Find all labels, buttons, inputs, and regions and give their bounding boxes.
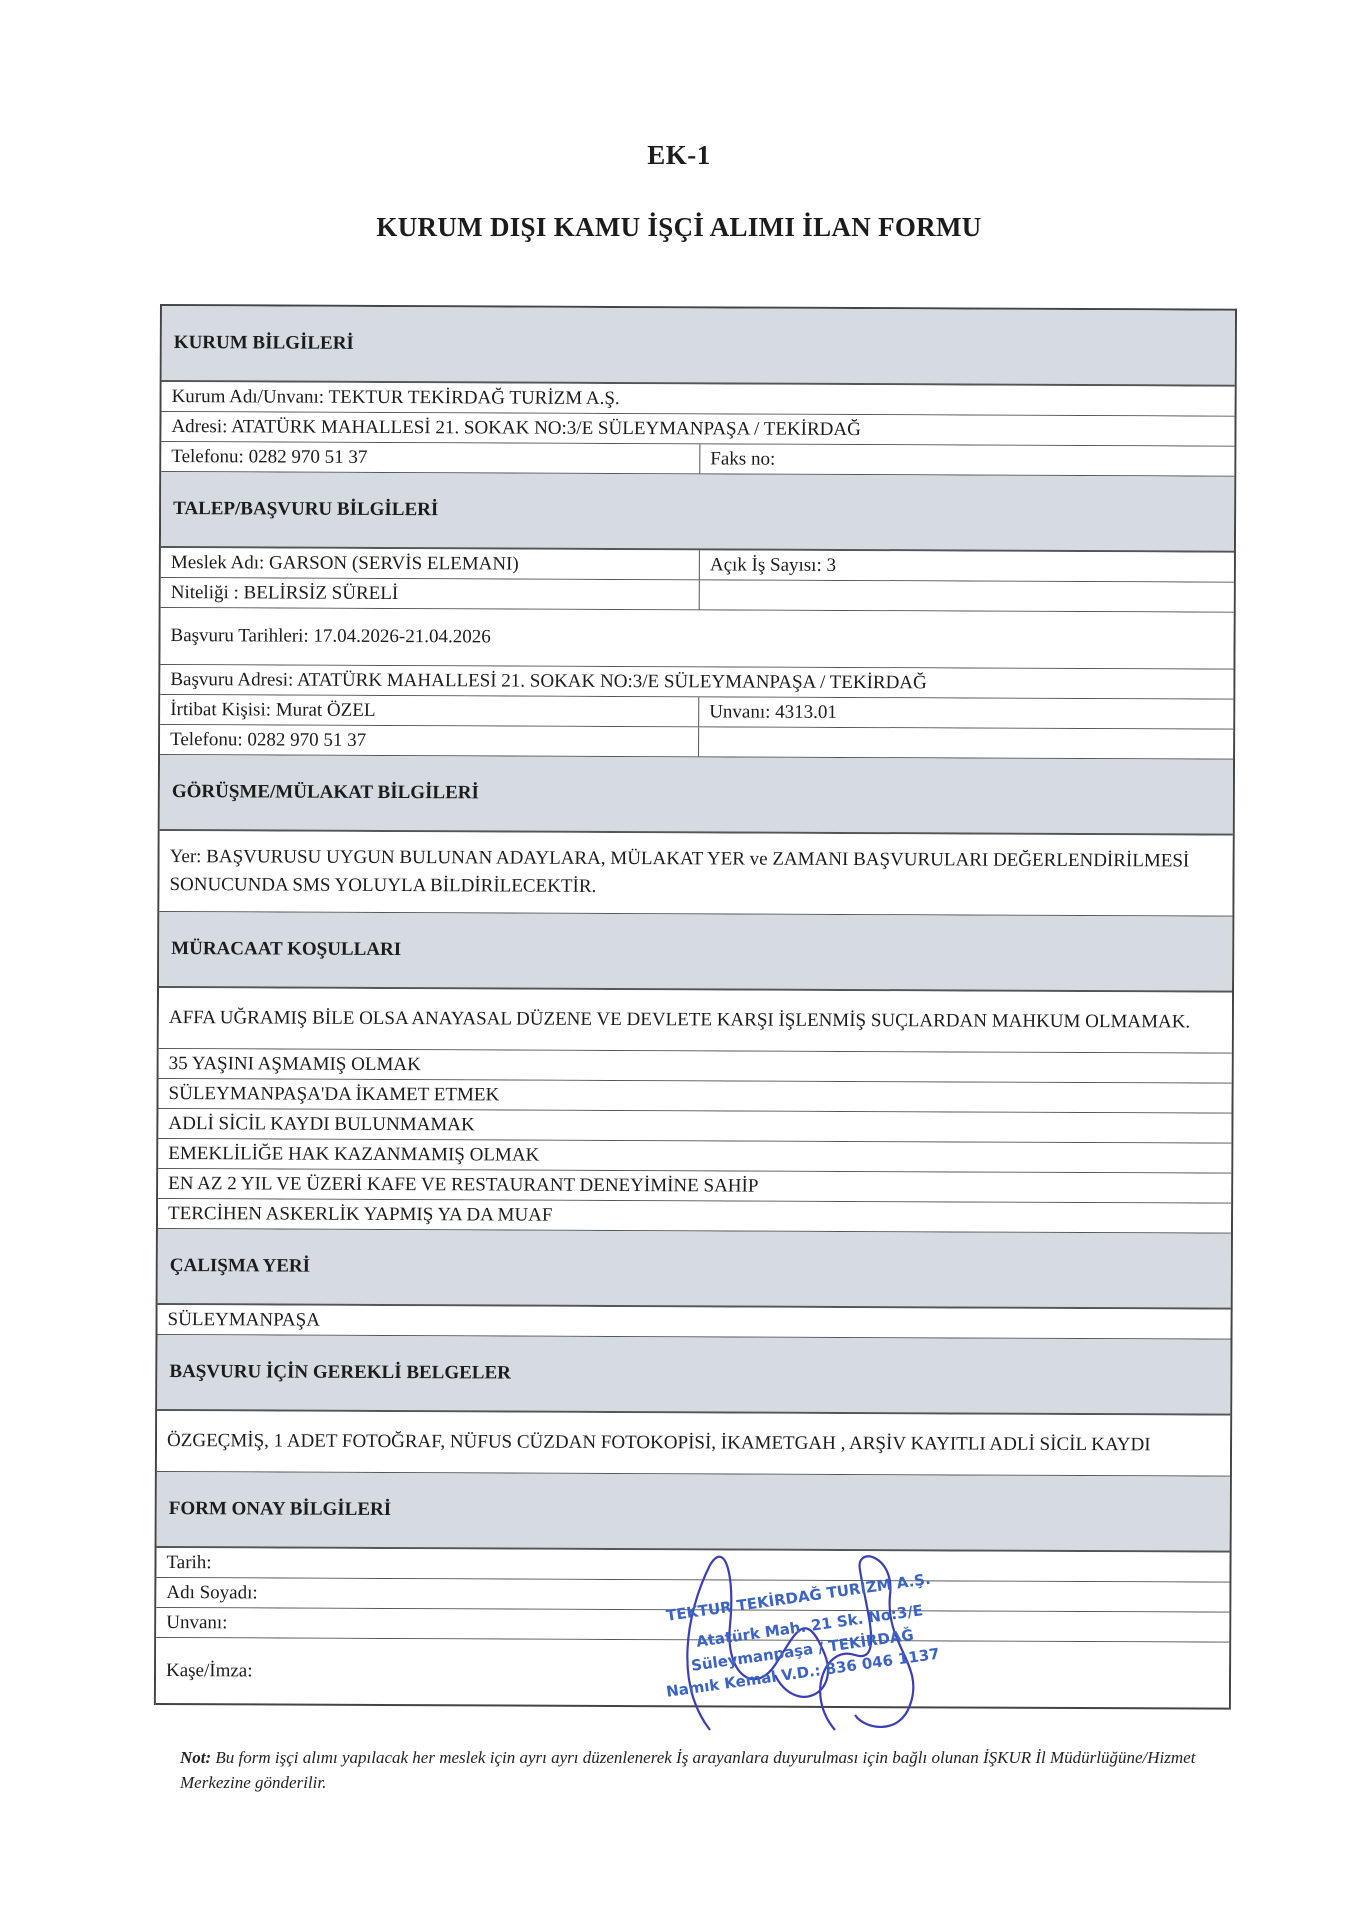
section-header-calisma: ÇALIŞMA YERİ: [158, 1229, 1231, 1310]
form-title: KURUM DIŞI KAMU İŞÇİ ALIMI İLAN FORMU: [0, 212, 1358, 243]
empty-cell: [700, 580, 1234, 611]
institution-fax: Faks no:: [700, 444, 1234, 475]
footnote: Not: Bu form işçi alımı yapılacak her me…: [180, 1745, 1240, 1795]
condition-item: TERCİHEN ASKERLİK YAPMIŞ YA DA MUAF: [158, 1199, 1231, 1233]
application-dates: Başvuru Tarihleri: 17.04.2026-21.04.2026: [160, 608, 1233, 669]
approval-seal-signature: Kaşe/İmza:: [156, 1638, 1229, 1708]
work-place: SÜLEYMANPAŞA: [158, 1305, 1231, 1339]
section-header-onay: FORM ONAY BİLGİLERİ: [157, 1472, 1230, 1553]
institution-address: Adresi: ATATÜRK MAHALLESİ 21. SOKAK NO:3…: [161, 412, 1234, 446]
condition-item: ADLİ SİCİL KAYDI BULUNMAMAK: [158, 1109, 1231, 1143]
approval-date: Tarih:: [156, 1548, 1229, 1582]
approval-title: Unvanı:: [156, 1608, 1229, 1642]
occupation-name: Meslek Adı: GARSON (SERVİS ELEMANI): [161, 548, 700, 579]
contact-phone: Telefonu: 0282 970 51 37: [160, 725, 699, 756]
section-header-gorusme: GÖRÜŞME/MÜLAKAT BİLGİLERİ: [160, 755, 1233, 836]
institution-name: Kurum Adı/Unvanı: TEKTUR TEKİRDAĞ TURİZM…: [162, 382, 1235, 416]
empty-cell: [699, 727, 1233, 758]
condition-item: EMEKLİLİĞE HAK KAZANMAMIŞ OLMAK: [158, 1139, 1231, 1173]
application-address: Başvuru Adresi: ATATÜRK MAHALLESİ 21. SO…: [160, 665, 1233, 699]
employment-nature: Niteliği : BELİRSİZ SÜRELİ: [161, 578, 700, 609]
interview-info: Yer: BAŞVURUSU UYGUN BULUNAN ADAYLARA, M…: [159, 831, 1232, 916]
contact-person: İrtibat Kişisi: Murat ÖZEL: [160, 695, 699, 726]
institution-phone: Telefonu: 0282 970 51 37: [161, 442, 700, 473]
contact-title: Unvanı: 4313.01: [699, 697, 1233, 728]
footnote-text: Bu form işçi alımı yapılacak her meslek …: [180, 1748, 1195, 1792]
section-header-talep: TALEP/BAŞVURU BİLGİLERİ: [161, 472, 1234, 553]
condition-item: 35 YAŞINI AŞMAMIŞ OLMAK: [159, 1049, 1232, 1083]
open-positions: Açık İş Sayısı: 3: [700, 550, 1234, 581]
section-header-muracaat: MÜRACAAT KOŞULLARI: [159, 912, 1232, 993]
condition-item: AFFA UĞRAMIŞ BİLE OLSA ANAYASAL DÜZENE V…: [159, 988, 1232, 1053]
section-header-kurum: KURUM BİLGİLERİ: [162, 306, 1235, 387]
annex-label: EK-1: [0, 140, 1358, 171]
condition-item: SÜLEYMANPAŞA'DA İKAMET ETMEK: [158, 1079, 1231, 1113]
footnote-label: Not:: [180, 1748, 211, 1767]
required-documents: ÖZGEÇMİŞ, 1 ADET FOTOĞRAF, NÜFUS CÜZDAN …: [157, 1411, 1230, 1476]
section-header-belgeler: BAŞVURU İÇİN GEREKLİ BELGELER: [157, 1335, 1230, 1416]
job-posting-form: KURUM BİLGİLERİ Kurum Adı/Unvanı: TEKTUR…: [154, 304, 1237, 1710]
approval-name: Adı Soyadı:: [156, 1578, 1229, 1612]
condition-item: EN AZ 2 YIL VE ÜZERİ KAFE VE RESTAURANT …: [158, 1169, 1231, 1203]
